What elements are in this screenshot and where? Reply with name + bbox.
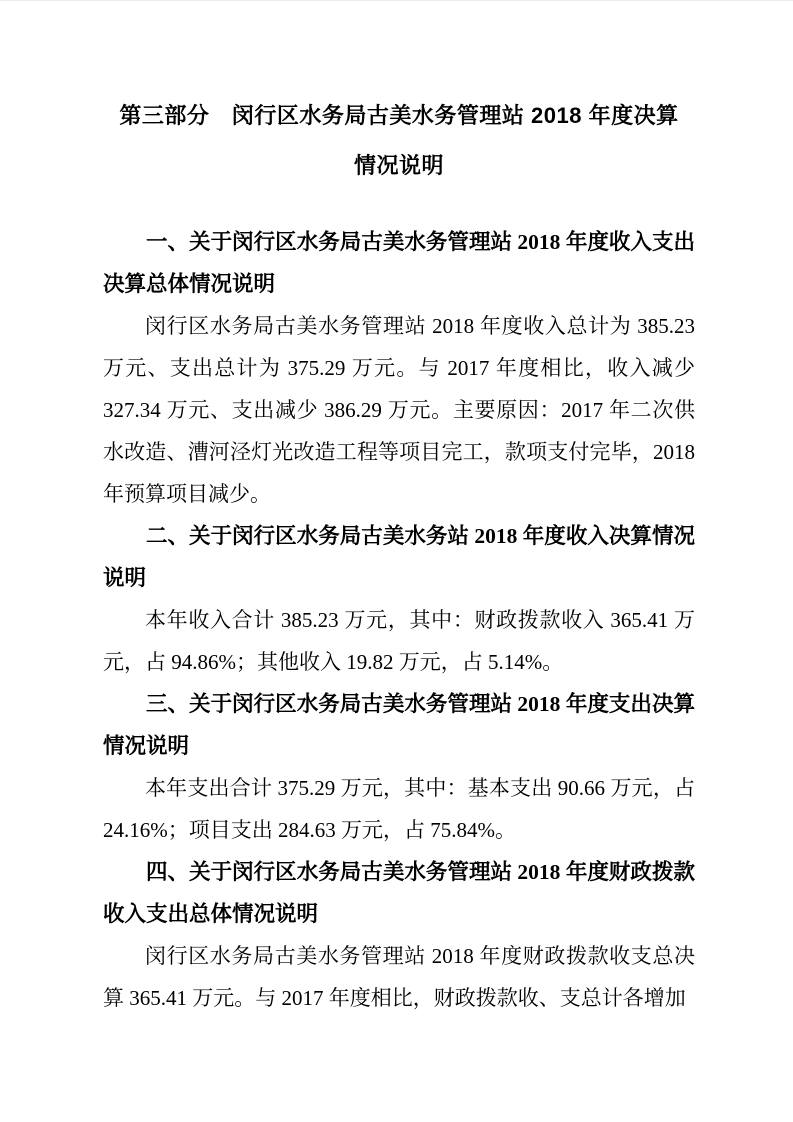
document-section-3: 三、关于闵行区水务局古美水务管理站 2018 年度支出决算情况说明 本年支出合计… xyxy=(103,683,695,851)
section-heading: 三、关于闵行区水务局古美水务管理站 2018 年度支出决算情况说明 xyxy=(103,683,695,767)
document-section-1: 一、关于闵行区水务局古美水务管理站 2018 年度收入支出决算总体情况说明 闵行… xyxy=(103,221,695,515)
document-section-2: 二、关于闵行区水务局古美水务站 2018 年度收入决算情况说明 本年收入合计 3… xyxy=(103,515,695,683)
document-title-line-2: 情况说明 xyxy=(103,141,695,191)
document-section-4: 四、关于闵行区水务局古美水务管理站 2018 年度财政拨款收入支出总体情况说明 … xyxy=(103,851,695,1019)
document-title: 第三部分 闵行区水务局古美水务管理站 2018 年度决算 情况说明 xyxy=(103,91,695,191)
paragraph: 闵行区水务局古美水务管理站 2018 年度收入总计为 385.23 万元、支出总… xyxy=(103,305,695,515)
section-heading: 四、关于闵行区水务局古美水务管理站 2018 年度财政拨款收入支出总体情况说明 xyxy=(103,851,695,935)
document-body: 一、关于闵行区水务局古美水务管理站 2018 年度收入支出决算总体情况说明 闵行… xyxy=(103,221,695,1019)
document-page: 第三部分 闵行区水务局古美水务管理站 2018 年度决算 情况说明 一、关于闵行… xyxy=(0,0,793,1122)
paragraph: 本年支出合计 375.29 万元，其中：基本支出 90.66 万元，占 24.1… xyxy=(103,767,695,851)
paragraph: 本年收入合计 385.23 万元，其中：财政拨款收入 365.41 万元，占 9… xyxy=(103,599,695,683)
section-heading: 二、关于闵行区水务局古美水务站 2018 年度收入决算情况说明 xyxy=(103,515,695,599)
section-heading: 一、关于闵行区水务局古美水务管理站 2018 年度收入支出决算总体情况说明 xyxy=(103,221,695,305)
document-title-line-1: 第三部分 闵行区水务局古美水务管理站 2018 年度决算 xyxy=(103,91,695,141)
paragraph: 闵行区水务局古美水务管理站 2018 年度财政拨款收支总决算 365.41 万元… xyxy=(103,935,695,1019)
